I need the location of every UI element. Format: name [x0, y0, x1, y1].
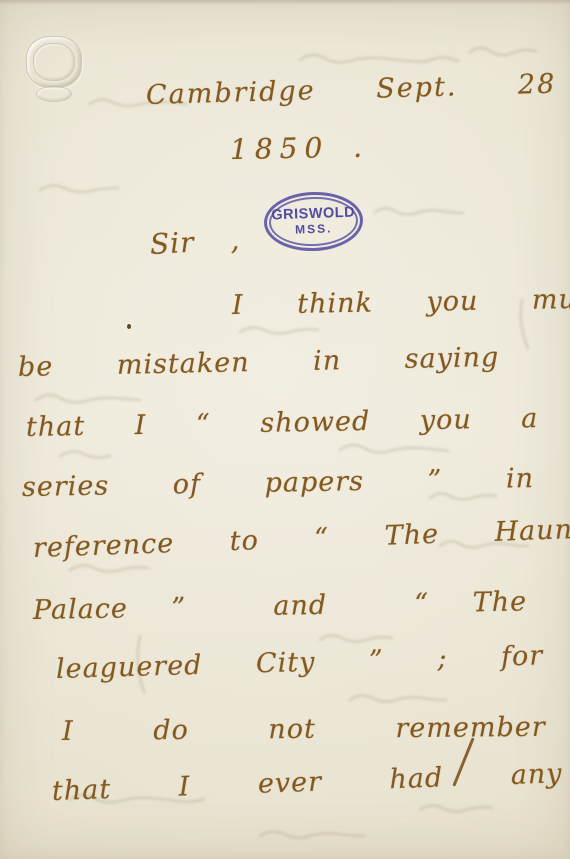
embossed-seal	[26, 36, 82, 88]
stamp-line-2: MSS.	[295, 221, 333, 236]
manuscript-letter-page: Cambridge Sept. 28 1850 . GRISWOLD MSS. …	[0, 0, 570, 859]
embossed-seal-sub-mark	[36, 86, 72, 102]
salutation-line: Sir ,	[149, 223, 241, 261]
stamp-line-1: GRISWOLD	[271, 206, 355, 224]
embossed-seal-inner	[33, 43, 75, 81]
griswold-mss-stamp-inner: GRISWOLD MSS.	[268, 195, 359, 247]
ink-speck	[127, 324, 131, 329]
year-line: 1850 .	[230, 131, 370, 166]
body-line-1: I think you must	[232, 284, 570, 321]
